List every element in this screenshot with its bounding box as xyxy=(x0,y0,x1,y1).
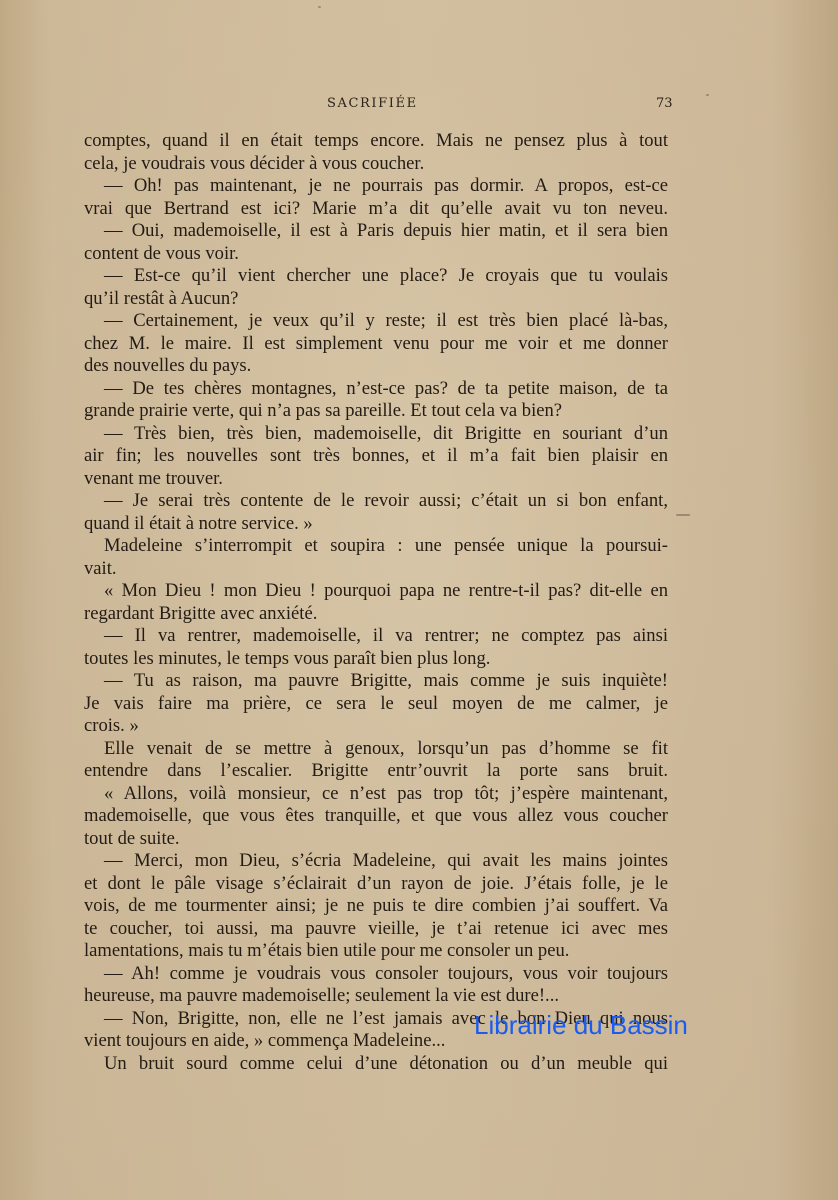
text-line: — Oh! pas maintenant, je ne pourrais pas… xyxy=(84,175,668,198)
text-line: comptes, quand il en était temps encore.… xyxy=(84,130,668,153)
text-line: qu’il restât à Aucun? xyxy=(84,288,668,311)
text-line: — De tes chères montagnes, n’est-ce pas?… xyxy=(84,378,668,401)
text-line: te coucher, toi aussi, ma pauvre vieille… xyxy=(84,918,668,941)
text-line: tout de suite. xyxy=(84,828,668,851)
paper-speck xyxy=(318,6,321,8)
running-title: SACRIFIÉE xyxy=(327,96,418,111)
text-line: toutes les minutes, le temps vous paraît… xyxy=(84,648,668,671)
text-line: entendre dans l’escalier. Brigitte entr’… xyxy=(84,760,668,783)
text-line: lamentations, mais tu m’étais bien utile… xyxy=(84,940,668,963)
text-line: — Est-ce qu’il vient chercher une place?… xyxy=(84,265,668,288)
text-line: vait. xyxy=(84,558,668,581)
text-line: air fin; les nouvelles sont très bonnes,… xyxy=(84,445,668,468)
paper-speck xyxy=(676,514,690,516)
text-line: heureuse, ma pauvre mademoiselle; seulem… xyxy=(84,985,668,1008)
text-line: — Très bien, très bien, mademoiselle, di… xyxy=(84,423,668,446)
text-line: quand il était à notre service. » xyxy=(84,513,668,536)
text-line: cela, je voudrais vous décider à vous co… xyxy=(84,153,668,176)
text-line: mademoiselle, que vous êtes tranquille, … xyxy=(84,805,668,828)
text-line: et dont le pâle visage s’éclairait d’un … xyxy=(84,873,668,896)
text-line: des nouvelles du pays. xyxy=(84,355,668,378)
text-line: venant me trouver. xyxy=(84,468,668,491)
body-text: comptes, quand il en était temps encore.… xyxy=(84,130,668,1075)
text-line: regardant Brigitte avec anxiété. xyxy=(84,603,668,626)
text-line: — Ah! comme je voudrais vous consoler to… xyxy=(84,963,668,986)
text-line: — Oui, mademoiselle, il est à Paris depu… xyxy=(84,220,668,243)
page-header: SACRIFIÉE 73 xyxy=(0,96,838,120)
text-line: chez M. le maire. Il est simplement venu… xyxy=(84,333,668,356)
text-line: « Allons, voilà monsieur, ce n’est pas t… xyxy=(84,783,668,806)
watermark: Librairie du Bassin xyxy=(474,1010,688,1041)
text-line: vrai que Bertrand est ici? Marie m’a dit… xyxy=(84,198,668,221)
text-line: Madeleine s’interrompit et soupira : une… xyxy=(84,535,668,558)
text-line: grande prairie verte, qui n’a pas sa par… xyxy=(84,400,668,423)
page-number: 73 xyxy=(656,96,673,111)
text-line: — Je serai très contente de le revoir au… xyxy=(84,490,668,513)
text-line: Elle venait de se mettre à genoux, lorsq… xyxy=(84,738,668,761)
text-line: Un bruit sourd comme celui d’une détonat… xyxy=(84,1053,668,1076)
text-line: content de vous voir. xyxy=(84,243,668,266)
text-line: « Mon Dieu ! mon Dieu ! pourquoi papa ne… xyxy=(84,580,668,603)
text-line: crois. » xyxy=(84,715,668,738)
text-line: — Tu as raison, ma pauvre Brigitte, mais… xyxy=(84,670,668,693)
text-line: Je vais faire ma prière, ce sera le seul… xyxy=(84,693,668,716)
book-page: SACRIFIÉE 73 comptes, quand il en était … xyxy=(0,0,838,1200)
text-line: — Certainement, je veux qu’il y reste; i… xyxy=(84,310,668,333)
text-line: vois, de me tourmenter ainsi; je ne puis… xyxy=(84,895,668,918)
text-line: — Il va rentrer, mademoiselle, il va ren… xyxy=(84,625,668,648)
text-line: — Merci, mon Dieu, s’écria Madeleine, qu… xyxy=(84,850,668,873)
